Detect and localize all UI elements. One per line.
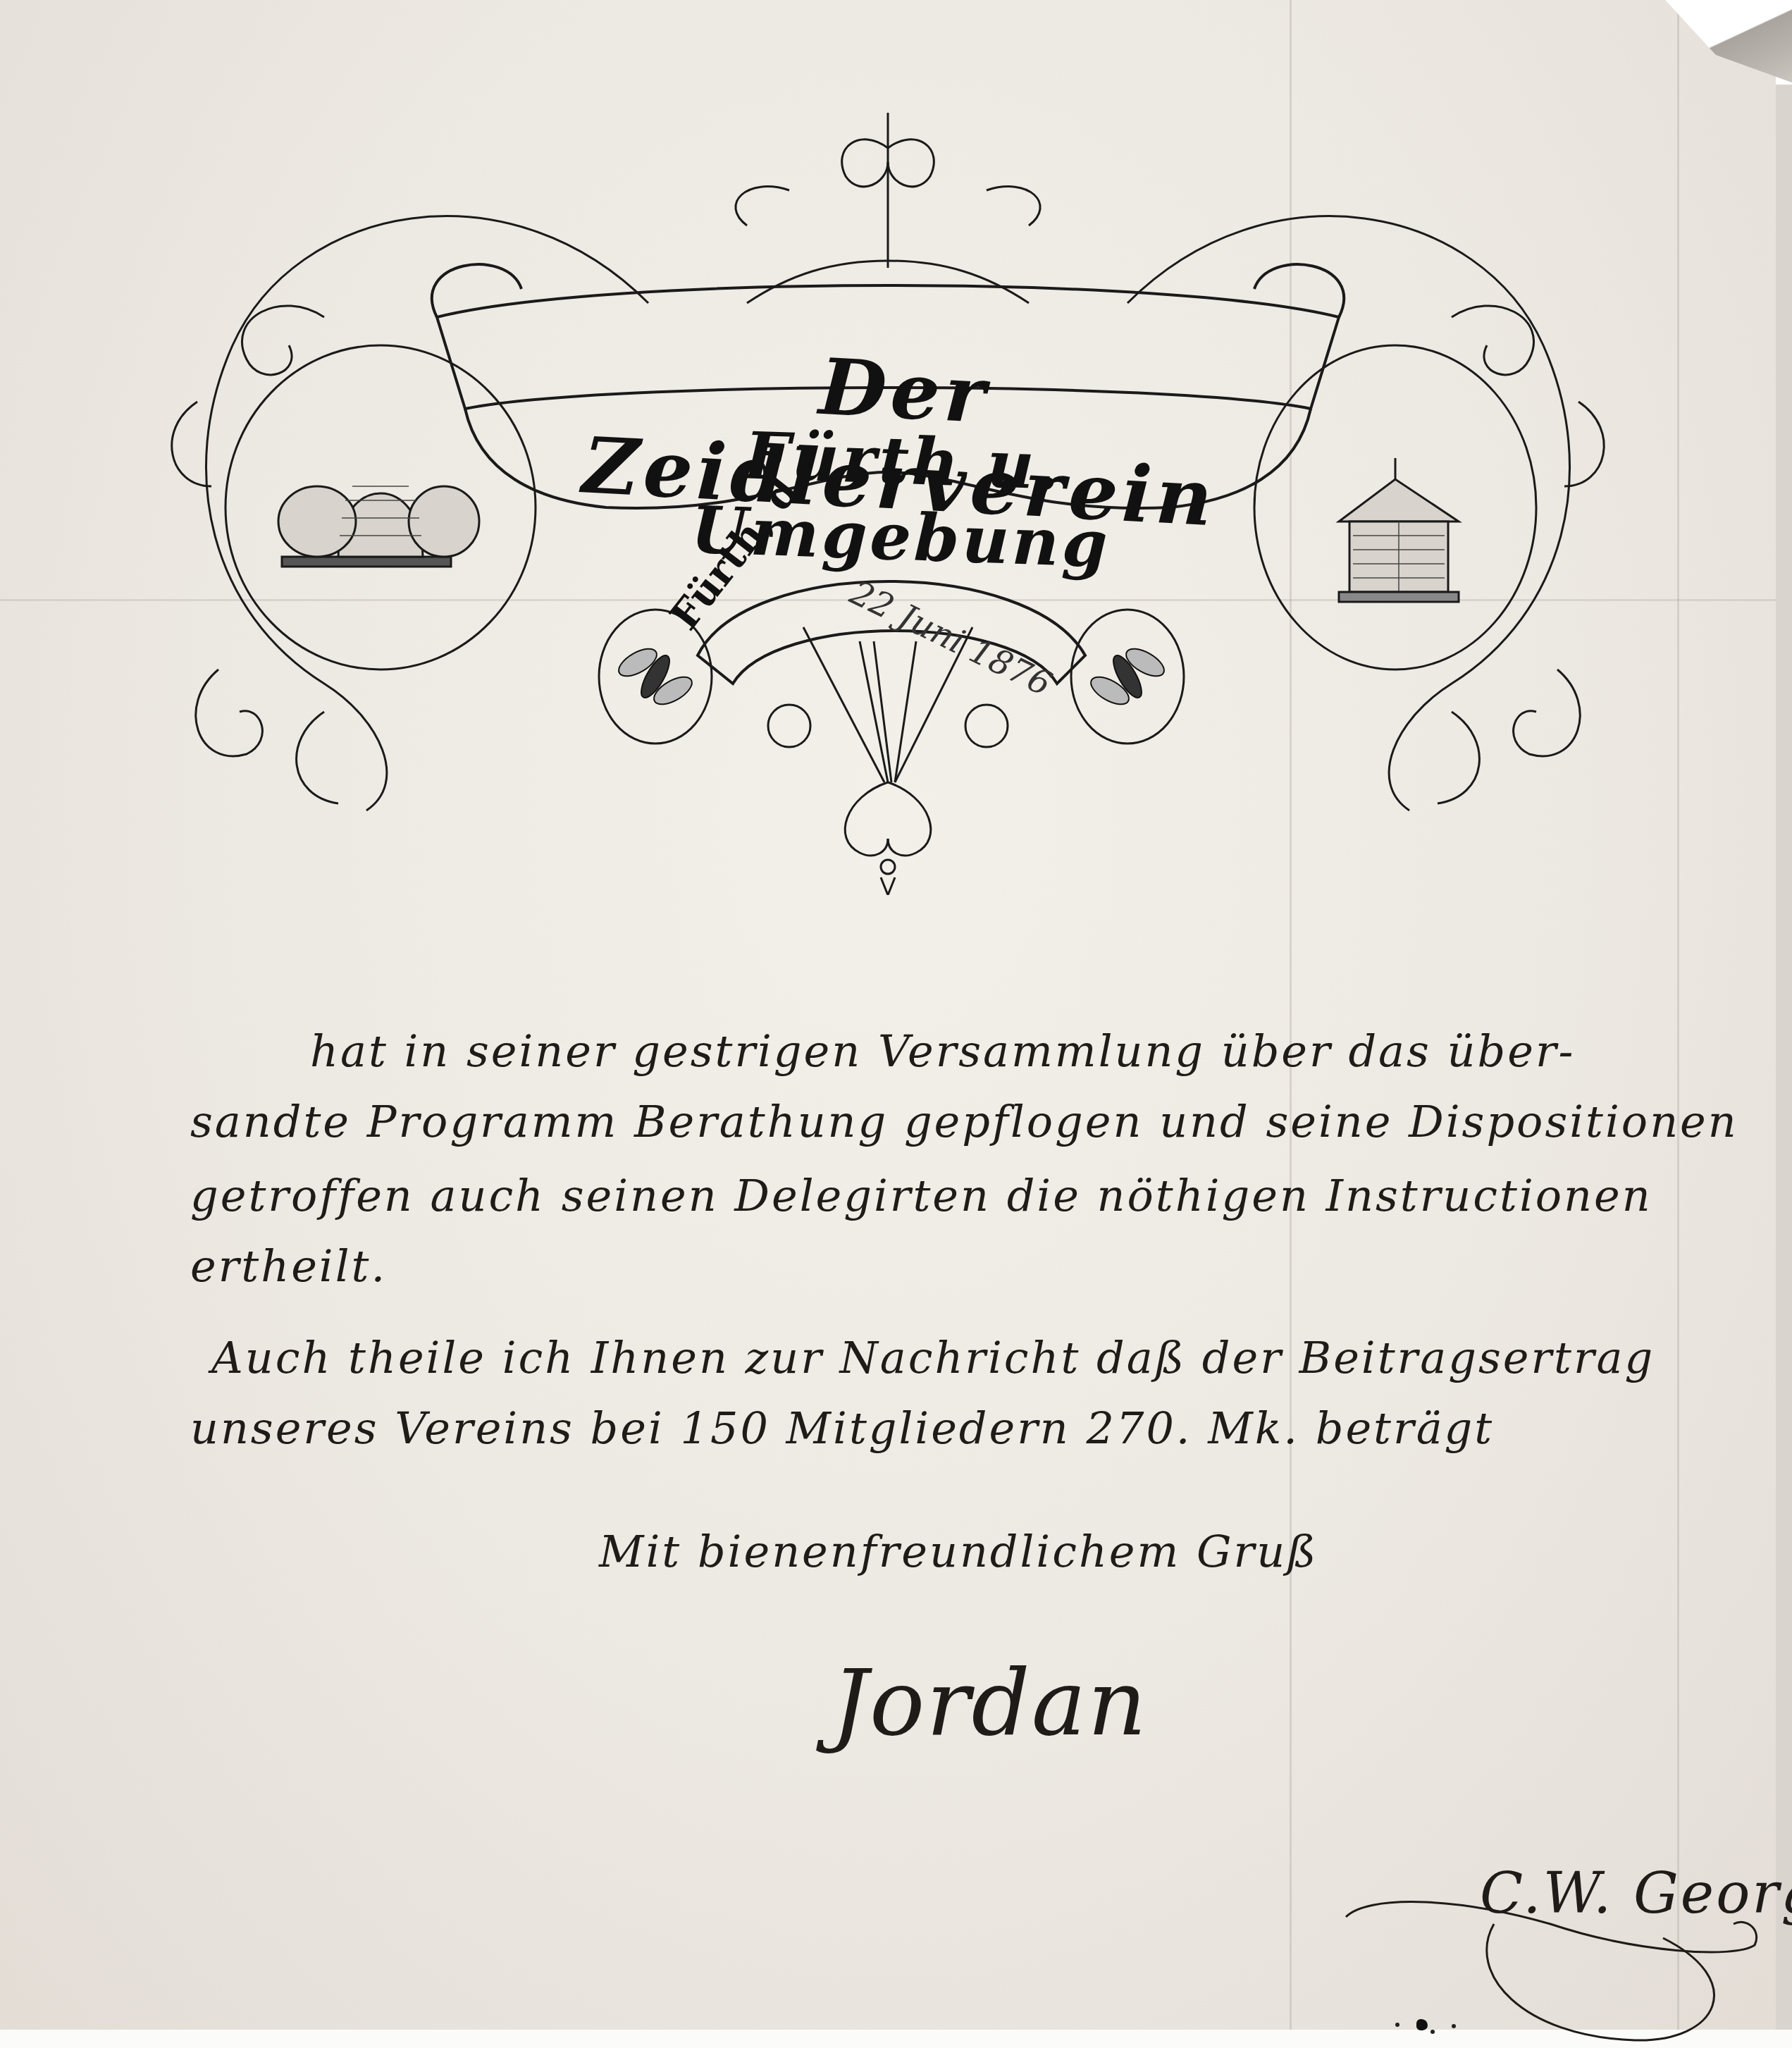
body-line: unseres Vereins bei 150 Mitgliedern 270.… xyxy=(190,1402,1494,1454)
ink-blot xyxy=(1416,2019,1428,2030)
signature-main: Jordan xyxy=(832,1649,1148,1756)
letterhead-subtitle: Fürth u. Umgebung xyxy=(548,411,1257,588)
bee-icon xyxy=(1087,643,1168,710)
beehive-icon xyxy=(278,486,479,567)
bee-icon xyxy=(614,643,696,710)
ink-dot xyxy=(1452,2024,1456,2028)
body-line: Auch theile ich Ihnen zur Nachricht daß … xyxy=(211,1332,1655,1383)
ink-dot xyxy=(1395,2023,1399,2027)
body-line: ertheilt. xyxy=(190,1240,387,1292)
letterhead: Der Zeidlerverein Fürth u. Umgebung Fürt… xyxy=(113,106,1663,895)
bee-house-icon xyxy=(1339,458,1459,602)
body-line: getroffen auch seinen Delegirten die nöt… xyxy=(190,1170,1652,1221)
paper-edge xyxy=(1776,85,1792,2048)
body-line: sandte Programm Berathung gepflogen und … xyxy=(190,1096,1738,1147)
ink-dot xyxy=(1430,2030,1435,2034)
fold-line xyxy=(1677,0,1679,2030)
closing-line: Mit bienenfreundlichem Gruß xyxy=(599,1526,1318,1577)
signature-flourish-icon xyxy=(1339,1875,1762,2044)
body-line: hat in seiner gestrigen Versammlung über… xyxy=(310,1025,1575,1077)
